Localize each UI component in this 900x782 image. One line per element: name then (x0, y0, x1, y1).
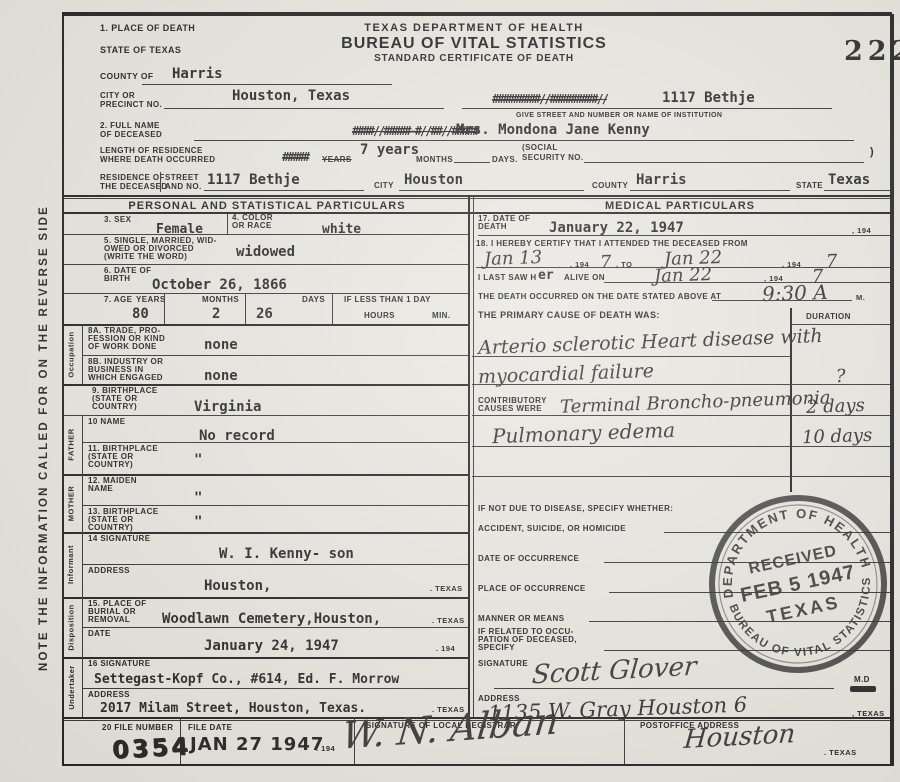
death-certificate-scan: NOTE THE INFORMATION CALLED FOR ON THE R… (0, 0, 900, 782)
informant-gutter-label: Informant (64, 532, 78, 597)
file-date-label: FILE DATE (188, 724, 232, 732)
street-label-2: AND NO. (165, 183, 202, 191)
age-min-label: MIN. (432, 312, 451, 320)
undertaker-address-value: 2017 Milam Street, Houston, Texas. (100, 702, 366, 715)
rule (472, 356, 790, 357)
state-of-texas-label: STATE OF TEXAS (100, 46, 181, 55)
res-county-value: Harris (636, 174, 687, 187)
marital-label-3: (WRITE THE WORD) (104, 253, 187, 261)
ssn-label-1: (SOCIAL (522, 144, 558, 152)
rule (470, 212, 890, 214)
agency-name: TEXAS DEPARTMENT OF HEALTH (274, 22, 674, 34)
rule (82, 355, 468, 356)
rule (462, 108, 832, 109)
months-label: MONTHS (416, 156, 453, 164)
age-less-than-day-label: IF LESS THAN 1 DAY (344, 296, 431, 304)
age-days-label: DAYS (302, 296, 325, 304)
residence-length-label-1: LENGTH OF RESIDENCE (100, 147, 203, 155)
father-birthplace-value: " (194, 454, 202, 467)
institution-value: 1117 Bethje (662, 92, 755, 105)
age-days-value: 26 (256, 308, 273, 321)
county-label: COUNTY OF (100, 72, 154, 80)
file-date-stamp: JAN 27 1947 (190, 734, 324, 755)
file-date-year-stub: . 194 (316, 744, 335, 753)
last-saw-label-1: I LAST SAW H (478, 274, 537, 282)
city-value: Houston, Texas (232, 90, 350, 103)
postoffice-address-value: Houston (683, 725, 796, 749)
rule (473, 195, 474, 717)
medical-section-header: MEDICAL PARTICULARS (470, 200, 890, 212)
death-date-value: January 22, 1947 (549, 222, 684, 235)
rule (160, 172, 161, 192)
res-state-label: STATE (796, 182, 823, 190)
rule (604, 282, 890, 283)
full-name-label-1: 2. FULL NAME (100, 122, 160, 130)
occurrence-place-label: PLACE OF OCCURRENCE (478, 585, 586, 593)
last-saw-value: Jan 22 (654, 266, 713, 286)
sex-label: 3. SEX (104, 216, 131, 224)
birth-date-label-2: BIRTH (104, 275, 130, 283)
residence-label-1: RESIDENCE OF (100, 174, 165, 182)
mother-gutter-label: MOTHER (64, 474, 78, 532)
father-birthplace-label-3: COUNTRY) (88, 461, 133, 469)
rule (494, 688, 834, 689)
rule (824, 190, 890, 191)
rule (332, 293, 333, 324)
rule (454, 162, 490, 163)
rule (82, 324, 83, 384)
reverse-side-note: NOTE THE INFORMATION CALLED FOR ON THE R… (38, 138, 50, 738)
rule (64, 234, 468, 235)
mother-birthplace-label-3: COUNTRY) (88, 524, 133, 532)
rule (64, 195, 890, 197)
mother-birthplace-value: " (194, 516, 202, 529)
undertaker-gutter-label: Undertaker (64, 657, 78, 717)
physician-signature-label: SIGNATURE (478, 660, 528, 668)
res-county-label: COUNTY (592, 182, 628, 190)
rule (584, 162, 864, 163)
rule (472, 476, 890, 477)
attended-from-year: 7 (600, 254, 612, 272)
rule (204, 190, 364, 191)
street-value: 1117 Bethje (207, 174, 300, 187)
county-value: Harris (172, 68, 223, 81)
rule (64, 264, 468, 265)
rule (712, 300, 852, 301)
rule (472, 446, 890, 447)
rule (399, 190, 584, 191)
rule (64, 415, 468, 416)
contributory-duration-1: 2 days (806, 397, 865, 417)
rule (245, 293, 246, 324)
burial-date-label: DATE (88, 630, 111, 638)
cause-line-2: myocardial failure (478, 362, 655, 386)
burial-value: Woodlawn Cemetery,Houston, (162, 613, 381, 626)
institution-hint: GIVE STREET AND NUMBER OR NAME OF INSTIT… (516, 112, 722, 120)
informant-signature-label: 14 SIGNATURE (88, 535, 150, 543)
informant-address-value: Houston, (204, 580, 271, 593)
trade-label-3: OF WORK DONE (88, 343, 157, 351)
file-number-stamp: 0354 (111, 732, 191, 764)
received-date-stamp: DEPARTMENT OF HEALTH RECEIVED FEB 5 1947… (689, 475, 900, 693)
res-state-value: Texas (828, 174, 870, 187)
rule (64, 198, 890, 199)
street-label-1: STREET (165, 174, 199, 182)
rule (472, 384, 890, 385)
city-label-2: PRECINCT NO. (100, 101, 162, 109)
res-city-label: CITY (374, 182, 394, 190)
trade-value: none (204, 339, 238, 352)
rule (82, 415, 83, 474)
burial-label-3: REMOVAL (88, 616, 130, 624)
maiden-name-value: " (194, 492, 202, 505)
not-disease-label: IF NOT DUE TO DISEASE, SPECIFY WHETHER: (478, 505, 673, 513)
death-occurred-label: THE DEATH OCCURRED ON THE DATE STATED AB… (478, 293, 721, 301)
marital-value: widowed (236, 246, 295, 259)
occupation-gutter-label: Occupation (64, 324, 78, 384)
full-name-label-2: OF DECEASED (100, 131, 162, 139)
rule (82, 505, 468, 506)
deceased-name-value: Mrs. Mondona Jane Kenny (456, 124, 650, 137)
rule (82, 688, 468, 689)
death-date-label-2: DEATH (478, 223, 507, 231)
informant-address-state: . TEXAS (430, 584, 463, 593)
crossed-out-degree: D.O. (850, 686, 876, 692)
age-hours-label: HOURS (364, 312, 395, 320)
age-years-label: YEARS (136, 296, 166, 304)
attended-from-value: Jan 13 (484, 249, 543, 269)
personal-section-header: PERSONAL AND STATISTICAL PARTICULARS (64, 200, 470, 212)
contributory-label-2: CAUSES WERE (478, 405, 542, 413)
death-date-year-stub: , 194 (852, 226, 871, 235)
crossed-out-years: ##### (282, 150, 308, 164)
contributory-duration-2: 10 days (802, 427, 873, 447)
residence-label-2: THE DECEASED (100, 183, 167, 191)
father-name-label: 10 NAME (88, 418, 125, 426)
undertaker-address-label: ADDRESS (88, 691, 130, 699)
rule (194, 140, 854, 141)
rule (82, 627, 468, 628)
rule (472, 415, 890, 416)
rule (468, 195, 470, 717)
informant-address-label: ADDRESS (88, 567, 130, 575)
industry-value: none (204, 370, 238, 383)
physician-signature: Scott Glover (531, 658, 697, 685)
bureau-name: BUREAU OF VITAL STATISTICS (274, 35, 674, 53)
cause-line-1: Arterio sclerotic Heart disease with (478, 327, 823, 357)
years-label: YEARS (322, 156, 352, 164)
rule (478, 235, 890, 236)
burial-date-value: January 24, 1947 (204, 640, 339, 653)
ssn-close-paren: ) (870, 148, 874, 156)
age-label: 7. AGE (104, 296, 132, 304)
certificate-number: 2220 (844, 36, 900, 67)
crossed-out-institution: #########//#########// (492, 92, 607, 106)
rule (64, 293, 468, 294)
color-label-2: OR RACE (232, 222, 272, 230)
burial-state: . TEXAS (432, 616, 465, 625)
duration-header: DURATION (806, 313, 851, 321)
manner-means-label: MANNER OR MEANS (478, 615, 564, 623)
contributory-line-2: Pulmonary edema (492, 421, 676, 445)
last-saw-label-2: ALIVE ON (564, 274, 605, 282)
rule (142, 84, 392, 85)
last-saw-er: er (538, 269, 554, 282)
occurrence-date-label: DATE OF OCCURRENCE (478, 555, 579, 563)
city-label-1: CITY OR (100, 92, 135, 100)
rule (82, 564, 468, 565)
rule (82, 442, 468, 443)
rule (227, 214, 228, 234)
maiden-name-label-2: NAME (88, 485, 113, 493)
residence-length-label-2: WHERE DEATH OCCURRED (100, 156, 215, 164)
father-gutter-label: FATHER (64, 415, 78, 474)
informant-signature-value: W. I. Kenny- son (219, 548, 354, 561)
rule (630, 190, 790, 191)
file-number-label: 20 FILE NUMBER (102, 724, 173, 732)
days-label: DAYS. (492, 156, 518, 164)
birth-date-value: October 26, 1866 (152, 279, 287, 292)
death-time-m: M. (856, 293, 865, 302)
age-months-value: 2 (212, 308, 220, 321)
burial-date-year-stub: . 194 (436, 644, 455, 653)
ssn-label-2: SECURITY NO. (522, 154, 584, 162)
disposition-gutter-label: Disposition (64, 597, 78, 657)
res-city-value: Houston (404, 174, 463, 187)
age-months-label: MONTHS (202, 296, 239, 304)
birthplace-label-3: COUNTRY) (92, 403, 137, 411)
accident-label: ACCIDENT, SUICIDE, OR HOMICIDE (478, 525, 626, 533)
postoffice-state: . TEXAS (824, 748, 857, 757)
residence-years-value: 7 years (360, 144, 419, 157)
industry-label-3: WHICH ENGAGED (88, 374, 163, 382)
rule (164, 293, 165, 324)
rule (624, 717, 625, 764)
place-of-death-label: 1. PLACE OF DEATH (100, 24, 195, 33)
rule (164, 108, 444, 109)
rule (82, 474, 83, 532)
physician-address-state: , TEXAS (852, 709, 885, 718)
stamp-seal-icon: DEPARTMENT OF HEALTH RECEIVED FEB 5 1947… (689, 475, 900, 693)
md-label: M.D (854, 676, 870, 684)
birthplace-value: Virginia (194, 401, 261, 414)
age-years-value: 80 (132, 308, 149, 321)
undertaker-signature-value: Settegast-Kopf Co., #614, Ed. F. Morrow (94, 673, 399, 686)
attended-to-year: 7 (826, 253, 838, 271)
occupation-related-label-3: SPECIFY (478, 644, 515, 652)
primary-cause-label: THE PRIMARY CAUSE OF DEATH WAS: (478, 311, 660, 320)
rule (82, 657, 83, 717)
certificate-title: STANDARD CERTIFICATE OF DEATH (274, 53, 674, 64)
undertaker-signature-label: 16 SIGNATURE (88, 660, 150, 668)
